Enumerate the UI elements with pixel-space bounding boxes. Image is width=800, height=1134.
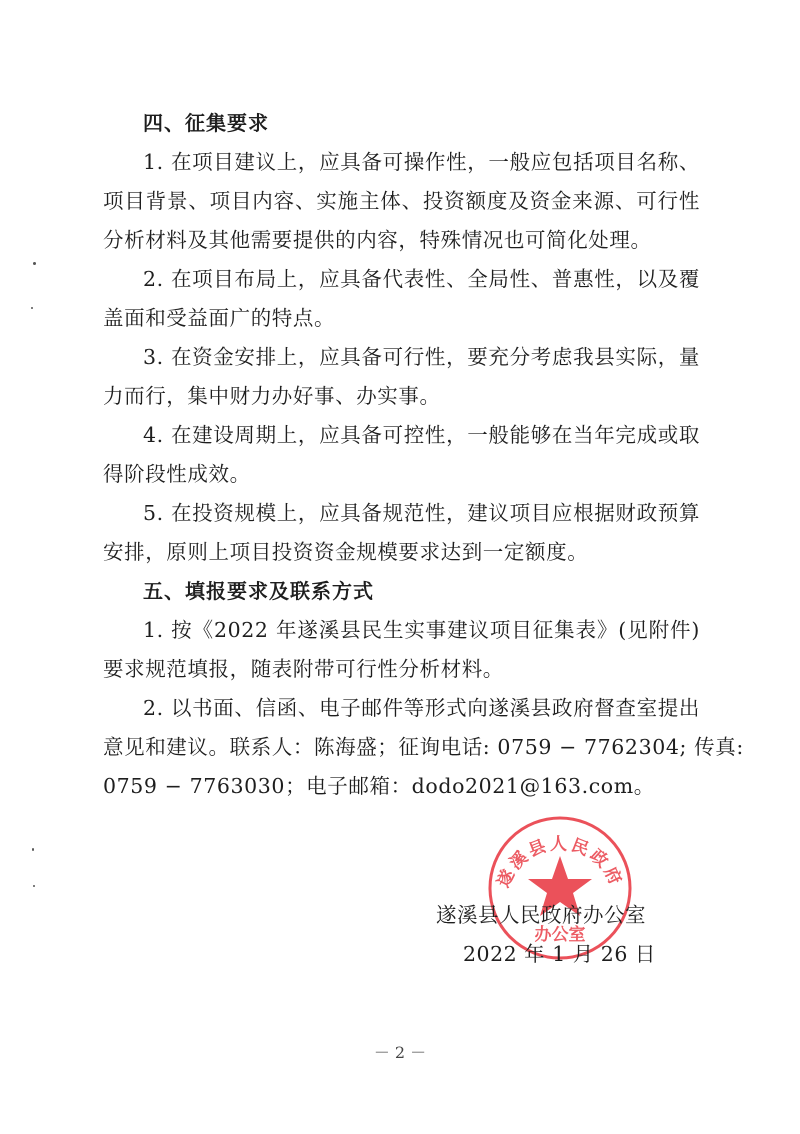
paragraph-line: 4. 在建设周期上，应具备可控性，一般能够在当年完成或取 bbox=[143, 422, 700, 448]
scan-speck bbox=[32, 848, 34, 851]
issuer-name: 遂溪县人民政府办公室 bbox=[436, 902, 646, 928]
paragraph-line-email: 0759 − 7763030；电子邮箱：dodo2021@163.com。 bbox=[103, 773, 703, 799]
paragraph-line: 盖面和受益面广的特点。 bbox=[103, 305, 703, 331]
paragraph-line: 1. 在项目建议上，应具备可操作性，一般应包括项目名称、 bbox=[143, 149, 700, 175]
document-page: 四、征集要求 1. 在项目建议上，应具备可操作性，一般应包括项目名称、 项目背景… bbox=[0, 0, 800, 1134]
scan-speck bbox=[31, 307, 33, 309]
page-number: － 2 － bbox=[370, 1040, 430, 1063]
paragraph-line: 2. 以书面、信函、电子邮件等形式向遂溪县政府督查室提出 bbox=[143, 695, 700, 721]
scan-speck bbox=[33, 262, 36, 265]
paragraph-line: 安排，原则上项目投资资金规模要求达到一定额度。 bbox=[103, 539, 703, 565]
paragraph-line: 得阶段性成效。 bbox=[103, 461, 703, 487]
issue-date: 2022 年 1 月 26 日 bbox=[463, 941, 656, 967]
paragraph-line: 分析材料及其他需要提供的内容，特殊情况也可简化处理。 bbox=[103, 227, 703, 253]
paragraph-line: 意见和建议。联系人：陈海盛；征询电话: 0759 − 7762304; 传真: bbox=[103, 734, 700, 760]
section-heading-submission: 五、填报要求及联系方式 bbox=[143, 578, 743, 604]
paragraph-line: 5. 在投资规模上，应具备规范性，建议项目应根据财政预算 bbox=[143, 500, 700, 526]
paragraph-line: 要求规范填报，随表附带可行性分析材料。 bbox=[103, 656, 703, 682]
scan-speck bbox=[33, 885, 35, 887]
paragraph-line: 1. 按《2022 年遂溪县民生实事建议项目征集表》(见附件) bbox=[143, 617, 700, 643]
section-heading-requirements: 四、征集要求 bbox=[143, 110, 743, 136]
paragraph-line: 3. 在资金安排上，应具备可行性，要充分考虑我县实际，量 bbox=[143, 344, 700, 370]
paragraph-line: 2. 在项目布局上，应具备代表性、全局性、普惠性，以及覆 bbox=[143, 266, 700, 292]
paragraph-line: 项目背景、项目内容、实施主体、投资额度及资金来源、可行性 bbox=[103, 188, 700, 214]
paragraph-line: 力而行，集中财力办好事、办实事。 bbox=[103, 383, 703, 409]
